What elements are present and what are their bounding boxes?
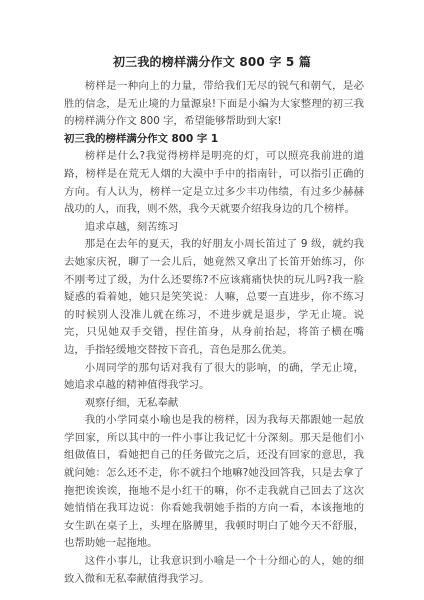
section-heading: 初三我的榜样满分作文 800 字 1 <box>64 131 364 149</box>
document-title: 初三我的榜样满分作文 800 字 5 篇 <box>0 53 424 70</box>
body-paragraph: 小周同学的那句话对我有了很大的影响，的确，学无止境，她追求卓越的精神值得我学习。 <box>64 360 364 395</box>
document-body: 榜样是一种向上的力量，带给我们无尽的锐气和朝气，是必胜的信念，是无止境的力量源泉… <box>64 78 364 588</box>
body-paragraph: 那是在去年的夏天，我的好朋友小周长笛过了 9 级，就约我去她家庆祝，聊了一会儿后… <box>64 236 364 359</box>
subheading: 追求卓越，刻苦练习 <box>64 219 364 237</box>
document-page: 初三我的榜样满分作文 800 字 5 篇 榜样是一种向上的力量，带给我们无尽的锐… <box>0 0 424 600</box>
subheading: 观察仔细，无私奉献 <box>64 395 364 413</box>
body-paragraph: 这件小事儿，让我意识到小喻是一个十分细心的人，她的细致入微和无私奉献值得我学习。 <box>64 553 364 588</box>
intro-paragraph: 榜样是一种向上的力量，带给我们无尽的锐气和朝气，是必胜的信念，是无止境的力量源泉… <box>64 78 364 131</box>
body-paragraph: 榜样是什么?我觉得榜样是明亮的灯，可以照亮我前进的道路，榜样是在荒无人烟的大漠中… <box>64 148 364 218</box>
body-paragraph: 我的小学同桌小喻也是我的榜样，因为我每天都跟她一起放学回家，所以其中的一件小事让… <box>64 412 364 553</box>
